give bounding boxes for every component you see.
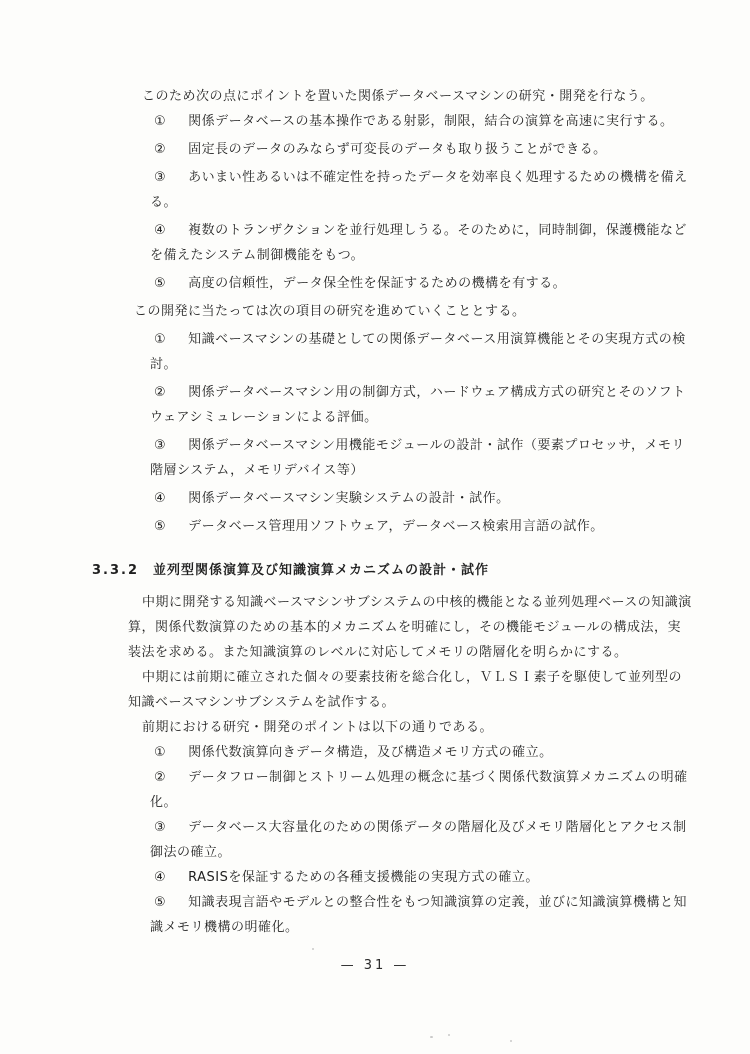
paragraph-intro-development: この開発に当たっては次の項目の研究を進めていくこととする。 <box>128 299 694 324</box>
item-number: ⑤ <box>154 276 166 291</box>
list-item: ③関係データベースマシン用機能モジュールの設計・試作（要素プロセッサ，メモリ階層… <box>128 433 694 483</box>
list-item-text: 知識ベースマシンの基礎としての関係データベース用演算機能とその実現方式の検討。 <box>150 332 686 372</box>
list-item-text: 関係データベースマシン用機能モジュールの設計・試作（要素プロセッサ，メモリ階層シ… <box>150 438 685 478</box>
list-item-text: 高度の信頼性，データ保全性を保証するための機構を有する。 <box>188 276 566 291</box>
list-item-text: RASISを保証するための各種支援機能の実現方式の確立。 <box>188 870 539 885</box>
list-item-text: 関係代数演算向きデータ構造，及び構造メモリ方式の確立。 <box>188 745 553 760</box>
list-item: ⑤データベース管理用ソフトウェア，データベース検索用言語の試作。 <box>128 514 694 539</box>
scan-speck <box>510 1040 512 1042</box>
item-number: ① <box>154 745 166 760</box>
list-item-text: 固定長のデータのみならず可変長のデータも取り扱うことができる。 <box>188 142 607 157</box>
list-item: ②データフロー制御とストリーム処理の概念に基づく関係代数演算メカニズムの明確化。 <box>128 765 694 815</box>
list-item-text: 関係データベースマシン用の制御方式，ハードウェア構成方式の研究とそのソフトウェア… <box>150 385 686 425</box>
item-number: ③ <box>154 438 166 453</box>
list-item-text: データフロー制御とストリーム処理の概念に基づく関係代数演算メカニズムの明確化。 <box>150 770 688 810</box>
item-number: ② <box>154 142 166 157</box>
scan-speck <box>312 948 314 950</box>
item-number: ⑤ <box>154 519 166 534</box>
paragraph-early-phase-points: 前期における研究・開発のポイントは以下の通りである。 <box>128 715 694 740</box>
item-number: ③ <box>154 170 166 185</box>
list-early-phase-points: ①関係代数演算向きデータ構造，及び構造メモリ方式の確立。 ②データフロー制御とス… <box>128 740 694 940</box>
list-item: ②関係データベースマシン用の制御方式，ハードウェア構成方式の研究とそのソフトウェ… <box>128 380 694 430</box>
list-db-machine-points: ①関係データベースの基本操作である射影，制限，結合の演算を高速に実行する。 ②固… <box>128 109 694 296</box>
item-number: ② <box>154 385 166 400</box>
section-number: 3.3.2 <box>92 563 139 578</box>
list-research-items: ①知識ベースマシンの基礎としての関係データベース用演算機能とその実現方式の検討。… <box>128 327 694 539</box>
paragraph-intro-research: このため次の点にポイントを置いた関係データベースマシンの研究・開発を行なう。 <box>128 84 694 109</box>
list-item-text: データベース大容量化のための関係データの階層化及びメモリ階層化とアクセス制御法の… <box>150 820 687 860</box>
list-item-text: 知識表現言語やモデルとの整合性をもつ知識演算の定義，並びに知識演算機構と知識メモ… <box>150 895 687 935</box>
section-title: 並列型関係演算及び知識演算メカニズムの設計・試作 <box>153 563 489 578</box>
item-number: ④ <box>154 223 166 238</box>
list-item: ①知識ベースマシンの基礎としての関係データベース用演算機能とその実現方式の検討。 <box>128 327 694 377</box>
paragraph-vlsi-prototype: 中期には前期に確立された個々の要素技術を総合化し，ＶＬＳＩ素子を駆使して並列型の… <box>128 665 694 715</box>
list-item: ④関係データベースマシン実験システムの設計・試作。 <box>128 486 694 511</box>
scan-speck <box>448 1034 450 1036</box>
list-item: ①関係代数演算向きデータ構造，及び構造メモリ方式の確立。 <box>128 740 694 765</box>
page-number: — 31 — <box>0 958 750 973</box>
paragraph-midterm-mechanism: 中期に開発する知識ベースマシンサブシステムの中核的機能となる並列処理ベースの知識… <box>128 590 694 665</box>
item-number: ② <box>154 770 166 785</box>
item-number: ④ <box>154 870 166 885</box>
list-item: ⑤知識表現言語やモデルとの整合性をもつ知識演算の定義，並びに知識演算機構と知識メ… <box>128 890 694 940</box>
list-item: ③データベース大容量化のための関係データの階層化及びメモリ階層化とアクセス制御法… <box>128 815 694 865</box>
list-item: ③あいまい性あるいは不確定性を持ったデータを効率良く処理するための機構を備える。 <box>128 165 694 215</box>
document-body: このため次の点にポイントを置いた関係データベースマシンの研究・開発を行なう。 ①… <box>128 84 694 940</box>
list-item: ①関係データベースの基本操作である射影，制限，結合の演算を高速に実行する。 <box>128 109 694 134</box>
item-number: ⑤ <box>154 895 166 910</box>
list-item-text: データベース管理用ソフトウェア，データベース検索用言語の試作。 <box>188 519 604 534</box>
section-heading-3-3-2: 3.3.2並列型関係演算及び知識演算メカニズムの設計・試作 <box>92 558 694 583</box>
scanned-page: このため次の点にポイントを置いた関係データベースマシンの研究・開発を行なう。 ①… <box>0 0 750 1054</box>
scan-speck <box>430 1036 433 1038</box>
list-item-text: あいまい性あるいは不確定性を持ったデータを効率良く処理するための機構を備える。 <box>150 170 688 210</box>
item-number: ③ <box>154 820 166 835</box>
list-item: ⑤高度の信頼性，データ保全性を保証するための機構を有する。 <box>128 271 694 296</box>
item-number: ① <box>154 332 166 347</box>
list-item: ④RASISを保証するための各種支援機能の実現方式の確立。 <box>128 865 694 890</box>
list-item-text: 関係データベースマシン実験システムの設計・試作。 <box>188 491 509 506</box>
list-item: ②固定長のデータのみならず可変長のデータも取り扱うことができる。 <box>128 137 694 162</box>
item-number: ④ <box>154 491 166 506</box>
list-item-text: 関係データベースの基本操作である射影，制限，結合の演算を高速に実行する。 <box>188 114 673 129</box>
item-number: ① <box>154 114 166 129</box>
list-item: ④複数のトランザクションを並行処理しうる。そのために，同時制御，保護機能などを備… <box>128 218 694 268</box>
list-item-text: 複数のトランザクションを並行処理しうる。そのために，同時制御，保護機能などを備え… <box>150 223 687 263</box>
